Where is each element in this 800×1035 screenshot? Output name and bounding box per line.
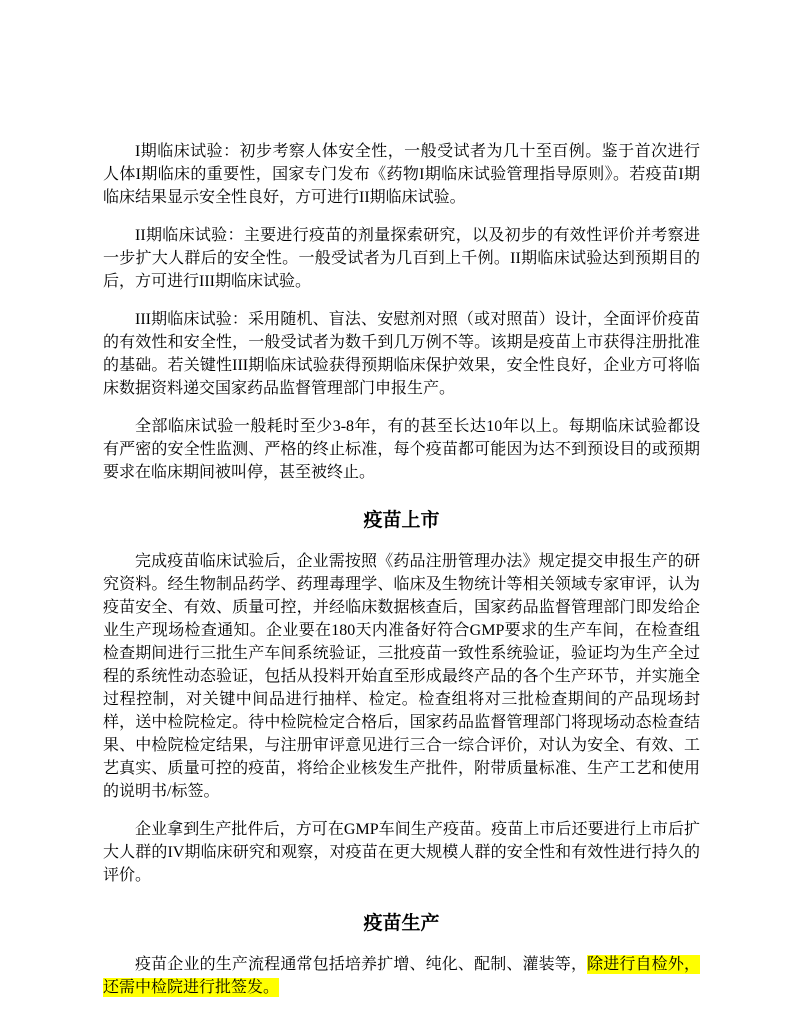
paragraph-phase3-trial: III期临床试验：采用随机、盲法、安慰剂对照（或对照苗）设计，全面评价疫苗的有效… — [103, 308, 700, 400]
heading-vaccine-production: 疫苗生产 — [103, 912, 700, 935]
heading-vaccine-market: 疫苗上市 — [103, 509, 700, 532]
paragraph-production-process: 疫苗企业的生产流程通常包括培养扩增、纯化、配制、灌装等，除进行自检外，还需中检院… — [103, 953, 700, 999]
document-page: I期临床试验：初步考察人体安全性，一般受试者为几十至百例。鉴于首次进行人体I期临… — [0, 0, 800, 1035]
production-process-text: 疫苗企业的生产流程通常包括培养扩增、纯化、配制、灌装等， — [135, 956, 587, 973]
paragraph-market-approval: 完成疫苗临床试验后，企业需按照《药品注册管理办法》规定提交申报生产的研究资料。经… — [103, 550, 700, 803]
paragraph-phase2-trial: II期临床试验：主要进行疫苗的剂量探索研究，以及初步的有效性评价并考察进一步扩大… — [103, 224, 700, 293]
paragraph-trial-duration: 全部临床试验一般耗时至少3-8年，有的甚至长达10年以上。每期临床试验都设有严密… — [103, 415, 700, 484]
paragraph-phase1-trial: I期临床试验：初步考察人体安全性，一般受试者为几十至百例。鉴于首次进行人体I期临… — [103, 140, 700, 209]
paragraph-post-market-phase4: 企业拿到生产批件后，方可在GMP车间生产疫苗。疫苗上市后还要进行上市后扩大人群的… — [103, 818, 700, 887]
